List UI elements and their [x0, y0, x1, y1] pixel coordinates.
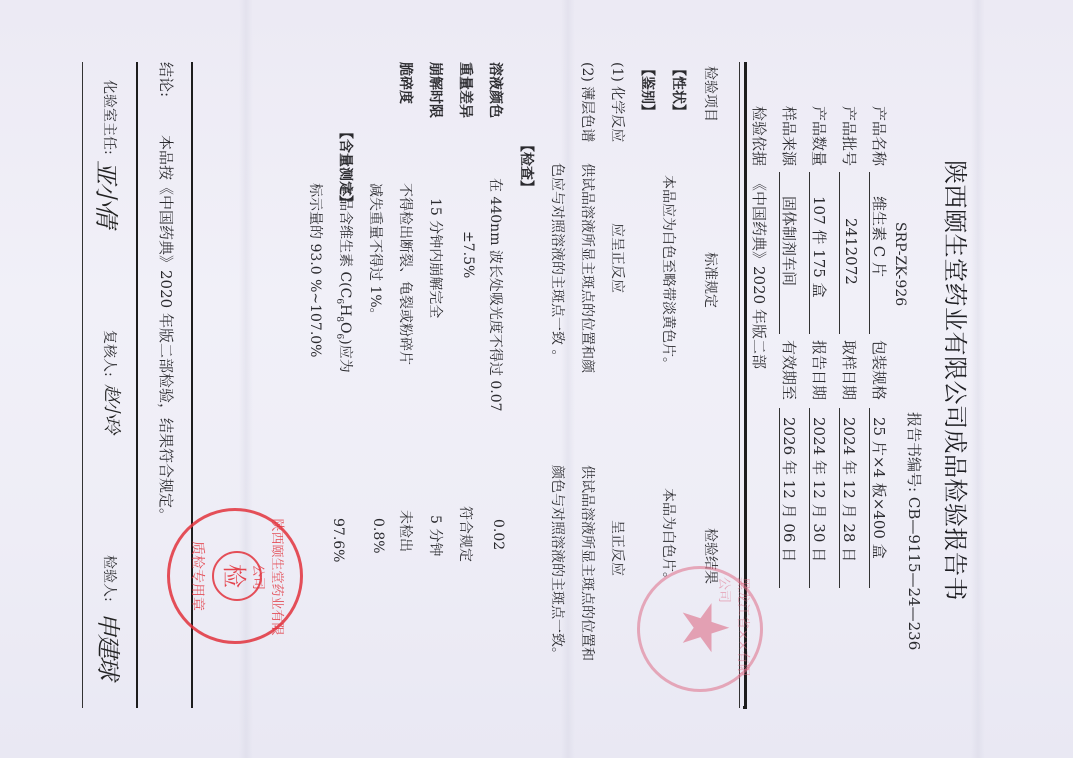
field-value: 2024 年 12 月 30 日 [809, 417, 830, 562]
conclusion-label: 结论: [156, 62, 177, 97]
report-title: 陕西颐生堂药业有限公司成品检验报告书 [940, 160, 975, 601]
inspection-report-page: 陕西颐生堂药业有限公司成品检验报告书 报告书编号: CB—9115—24—236… [0, 0, 1073, 758]
reviewer-signature: 赵小玲 [100, 384, 126, 432]
field-underline [839, 408, 840, 588]
field-label: 检验依据 [749, 106, 770, 166]
item-chemical-reaction: (1) 化学反应 [608, 62, 628, 142]
field-label: 包装规格 [869, 340, 890, 400]
standard-assay-line2: 标示量的 93.0 %~107.0% [306, 183, 326, 358]
section-inspection: 【检查】 [517, 138, 537, 194]
field-value: 107 件 175 盒 [809, 196, 830, 298]
report-number-label: 报告书编号: [905, 412, 923, 492]
field-label: 产品名称 [869, 106, 890, 166]
field-underline [839, 172, 840, 334]
field-underline [779, 172, 780, 334]
field-underline [869, 408, 870, 588]
faded-stamp-text: 黑龙江省××有限公司 [716, 577, 754, 689]
report-number: 报告书编号: CB—9115—24—236 [904, 412, 925, 650]
field-underline [809, 172, 810, 334]
item-disintegration: 崩解时限 [426, 62, 446, 118]
inspector-label: 检验人: [100, 555, 120, 602]
field-label: 样品来源 [779, 106, 800, 166]
section-identification: 【鉴别】 [638, 62, 658, 118]
result-weight-variation: 符合规定 [456, 506, 476, 562]
qc-stamp-center: 检 [212, 551, 262, 601]
field-value: 2412072 [842, 218, 860, 285]
result-solution-color: 0.02 [490, 519, 506, 550]
result-friability-line2: 0.8% [370, 518, 386, 554]
assay-text: 本品含维生素 C(C [337, 183, 353, 298]
signature-rule [82, 62, 83, 708]
qc-stamp-bottom-text: 质检专用章 [188, 511, 208, 641]
form-code: SRP-ZK-926 [892, 222, 908, 306]
column-header-standard: 标准规定 [701, 252, 721, 308]
item-weight-variation: 重量差异 [456, 62, 476, 118]
field-value: 《中国药典》2020 年版二部 [749, 176, 770, 369]
field-value: 维生素 C 片 [869, 196, 890, 277]
result-tlc-line2: 颜色与对照溶液的主斑点一致。 [548, 465, 568, 661]
qc-seal-stamp: 陕西颐生堂药业有限公司 检 质检专用章 [167, 508, 303, 644]
reviewer-label: 复核人: [100, 330, 120, 377]
field-value: 2024 年 12 月 28 日 [839, 417, 860, 562]
standard-weight-variation: ±7.5% [460, 231, 476, 278]
standard-disintegration: 15 分钟内崩解完全 [426, 198, 446, 318]
item-friability: 脆碎度 [396, 62, 416, 104]
section-properties: 【性状】 [669, 62, 689, 118]
field-label: 报告日期 [809, 340, 830, 400]
result-friability-line1: 未检出 [396, 510, 416, 552]
report-number-value: CB—9115—24—236 [905, 497, 923, 650]
lab-director-label: 化验室主任: [100, 80, 120, 155]
standard-chemical-reaction: 应呈正反应 [608, 223, 628, 293]
rule-end [743, 706, 747, 709]
result-tlc-line1: 供试品溶液所显主斑点的位置和 [578, 465, 598, 661]
field-label: 有效期至 [779, 340, 800, 400]
field-underline [809, 408, 810, 588]
result-disintegration: 5 分钟 [426, 515, 446, 556]
result-assay: 97.6% [330, 518, 346, 562]
conclusion-bottom-rule [134, 62, 138, 708]
field-value: 2026 年 12 月 06 日 [779, 417, 800, 562]
standard-tlc-line2: 色应与对照溶液的主斑点一致 。 [548, 163, 568, 363]
field-value: 固体制剂车间 [779, 196, 800, 286]
standard-assay-line1: 本品含维生素 C(C6H8O6)应为 [334, 183, 356, 373]
inspector-signature: 申建球 [93, 612, 128, 678]
standard-tlc-line1: 供试品溶液所显主斑点的位置和颜 [578, 163, 598, 373]
field-value: 25 片×4 板×400 盒 [869, 417, 890, 559]
result-chemical-reaction: 呈正反应 [608, 520, 628, 576]
field-label: 产品数量 [809, 106, 830, 166]
item-solution-color: 溶液颜色 [486, 62, 506, 118]
assay-text: H [337, 304, 353, 316]
conclusion-text: 本品按《中国药典》2020 年版二部检验，结果符合规定。 [156, 135, 177, 523]
scan-fold-line [239, 0, 253, 758]
field-underline [779, 408, 780, 588]
field-label: 产品批号 [839, 106, 860, 166]
standard-friability-line1: 不得检出断裂、龟裂或粉碎片 [396, 183, 416, 365]
field-underline [869, 172, 870, 334]
assay-text: O [337, 322, 353, 333]
lab-director-signature: 亚小倩 [91, 160, 126, 226]
company-seal-stamp: ★ 黑龙江省××有限公司 [637, 566, 763, 692]
standard-solution-color: 在 440nm 波长处吸光度不得过 0.07 [486, 178, 506, 412]
assay-text: )应为 [337, 339, 353, 372]
field-label: 取样日期 [839, 340, 860, 400]
standard-friability-line2: 减失重量不得过 1%。 [366, 183, 386, 322]
column-header-item: 检验项目 [701, 66, 721, 122]
standard-appearance: 本品应为白色至略带淡黄色片。 [659, 175, 679, 371]
item-tlc: (2) 薄层色谱 [578, 62, 598, 142]
